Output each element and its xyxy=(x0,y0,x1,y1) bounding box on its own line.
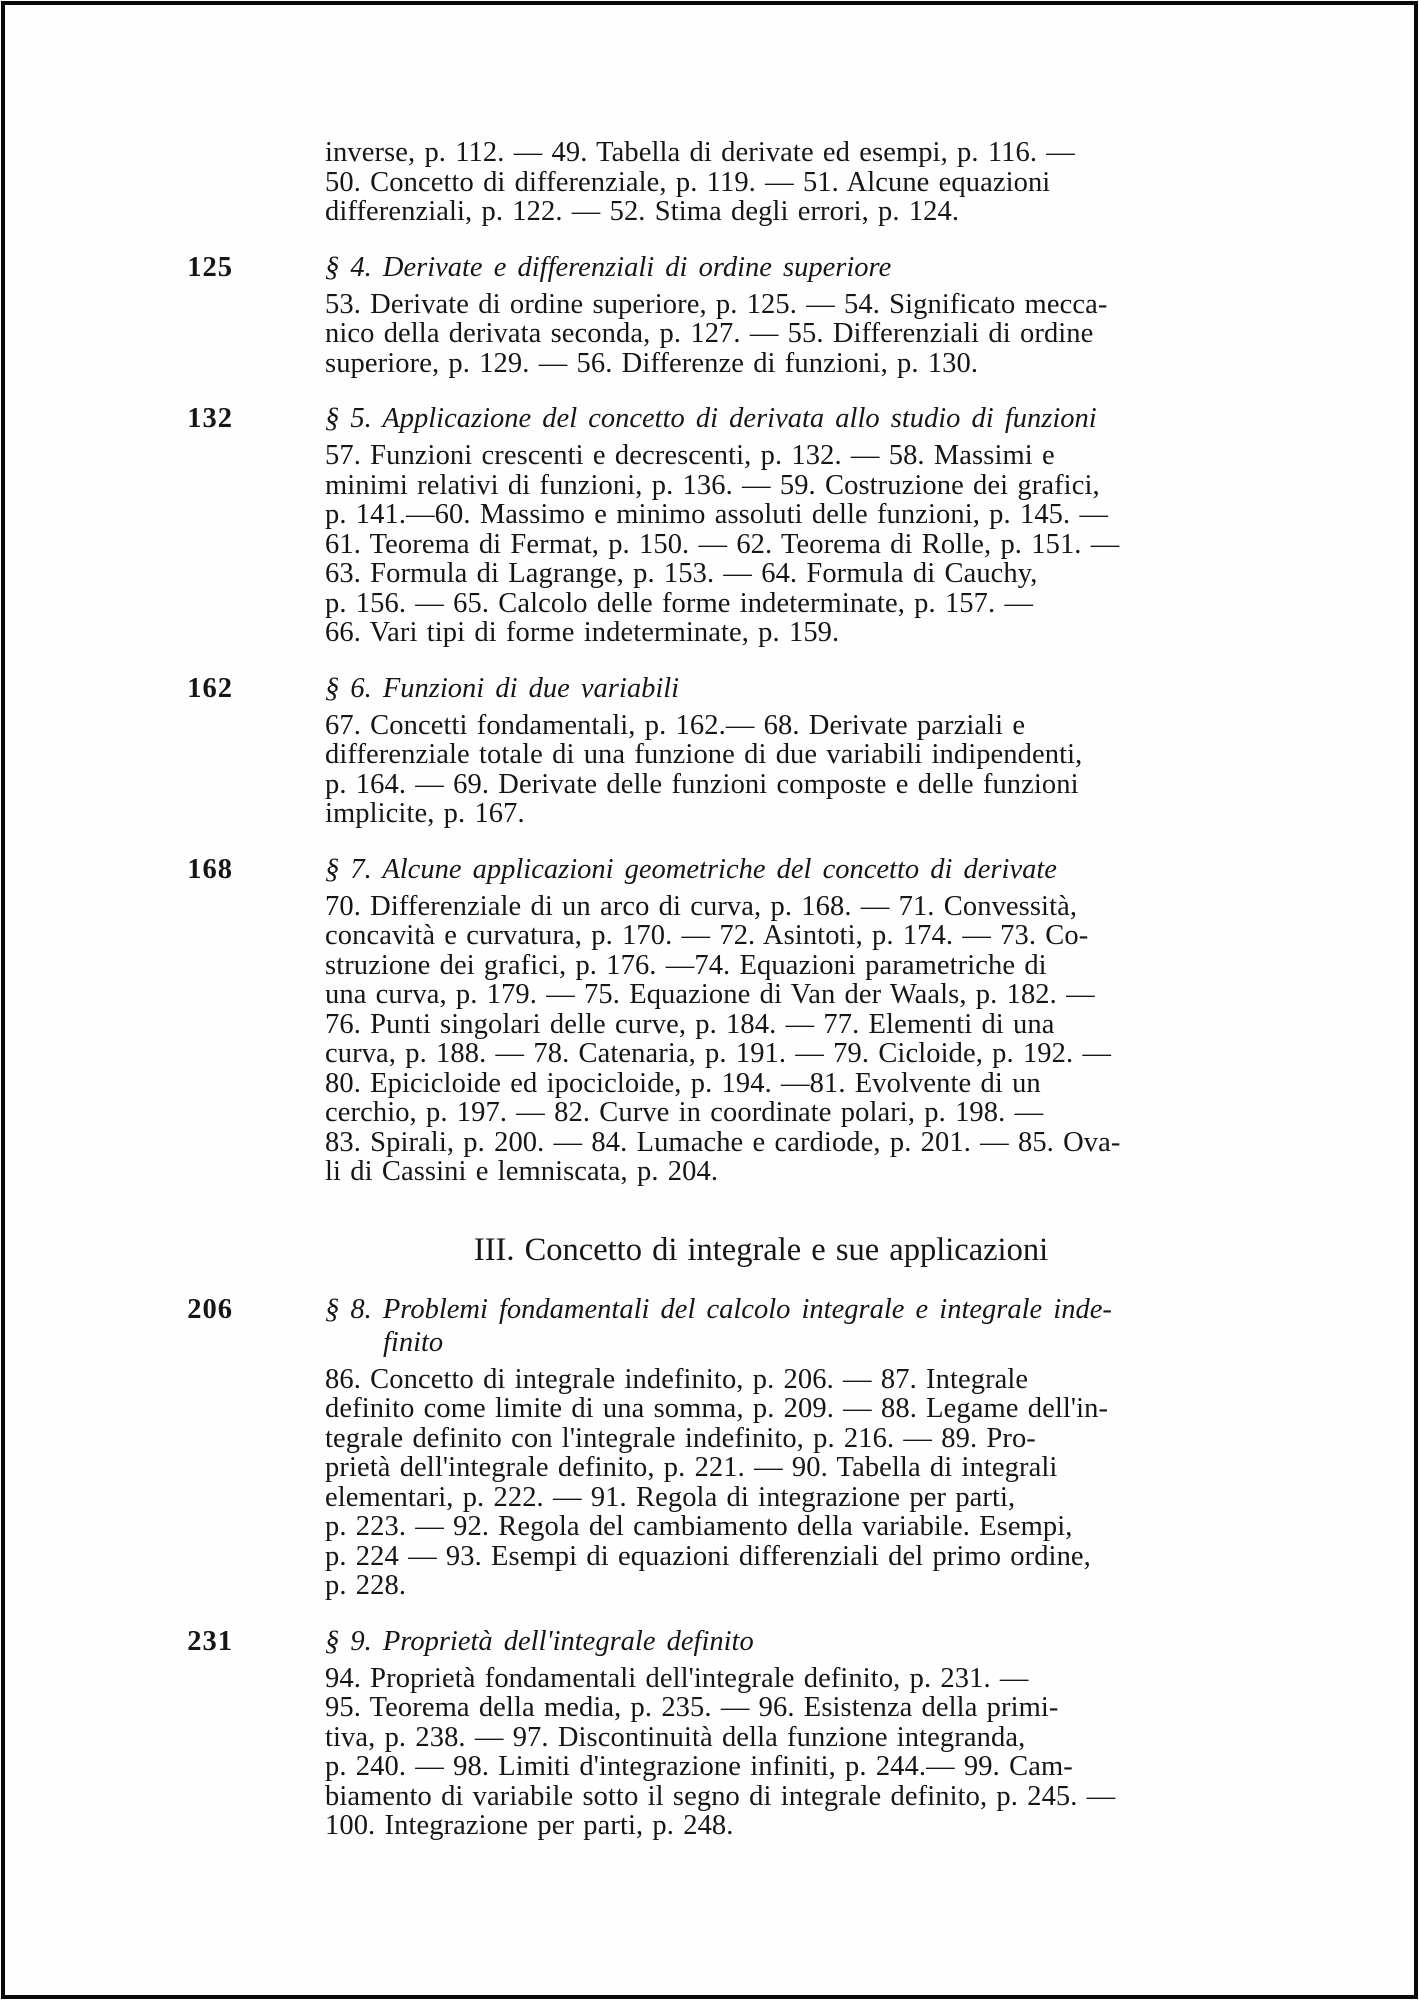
section-heading: § 5. Applicazione del concetto di deriva… xyxy=(325,402,1263,435)
section-heading-row: 162 § 6. Funzioni di due variabili xyxy=(0,672,1419,705)
section-heading: § 9. Proprietà dell'integrale definito xyxy=(325,1625,1263,1658)
margin-page-number: 132 xyxy=(0,402,233,435)
toc-section-6: 162 § 6. Funzioni di due variabili 67. C… xyxy=(0,672,1419,829)
section-heading: § 4. Derivate e differenziali di ordine … xyxy=(325,251,1263,284)
intro-continuation-paragraph: inverse, p. 112. — 49. Tabella di deriva… xyxy=(325,138,1197,227)
margin-page-number: 231 xyxy=(0,1625,233,1658)
section-heading-row: 168 § 7. Alcune applicazioni geometriche… xyxy=(0,853,1419,886)
book-page: inverse, p. 112. — 49. Tabella di deriva… xyxy=(0,0,1419,2000)
toc-section-7: 168 § 7. Alcune applicazioni geometriche… xyxy=(0,853,1419,1187)
toc-section-4: 125 § 4. Derivate e differenziali di ord… xyxy=(0,251,1419,379)
toc-section-8: 206 § 8. Problemi fondamentali del calco… xyxy=(0,1293,1419,1601)
section-heading-row: 125 § 4. Derivate e differenziali di ord… xyxy=(0,251,1419,284)
section-heading: § 8. Problemi fondamentali del calcolo i… xyxy=(325,1293,1263,1359)
margin-page-number: 162 xyxy=(0,672,233,705)
table-of-contents: inverse, p. 112. — 49. Tabella di deriva… xyxy=(0,138,1419,1841)
margin-page-number: 206 xyxy=(0,1293,233,1326)
section-heading-row: 231 § 9. Proprietà dell'integrale defini… xyxy=(0,1625,1419,1658)
toc-section-5: 132 § 5. Applicazione del concetto di de… xyxy=(0,402,1419,648)
section-heading: § 6. Funzioni di due variabili xyxy=(325,672,1263,705)
margin-page-number: 125 xyxy=(0,251,233,284)
section-body: 94. Proprietà fondamentali dell'integral… xyxy=(325,1664,1197,1841)
toc-section-9: 231 § 9. Proprietà dell'integrale defini… xyxy=(0,1625,1419,1841)
section-heading-row: 132 § 5. Applicazione del concetto di de… xyxy=(0,402,1419,435)
section-body: 57. Funzioni crescenti e decrescenti, p.… xyxy=(325,441,1197,648)
section-heading: § 7. Alcune applicazioni geometriche del… xyxy=(325,853,1263,886)
section-heading-row: 206 § 8. Problemi fondamentali del calco… xyxy=(0,1293,1419,1359)
margin-page-number: 168 xyxy=(0,853,233,886)
part-heading: III. Concetto di integrale e sue applica… xyxy=(325,1229,1197,1271)
section-body: 70. Differenziale di un arco di curva, p… xyxy=(325,892,1197,1187)
section-body: 86. Concetto di integrale indefinito, p.… xyxy=(325,1365,1197,1601)
section-body: 67. Concetti fondamentali, p. 162.— 68. … xyxy=(325,711,1197,829)
section-body: 53. Derivate di ordine superiore, p. 125… xyxy=(325,290,1197,379)
